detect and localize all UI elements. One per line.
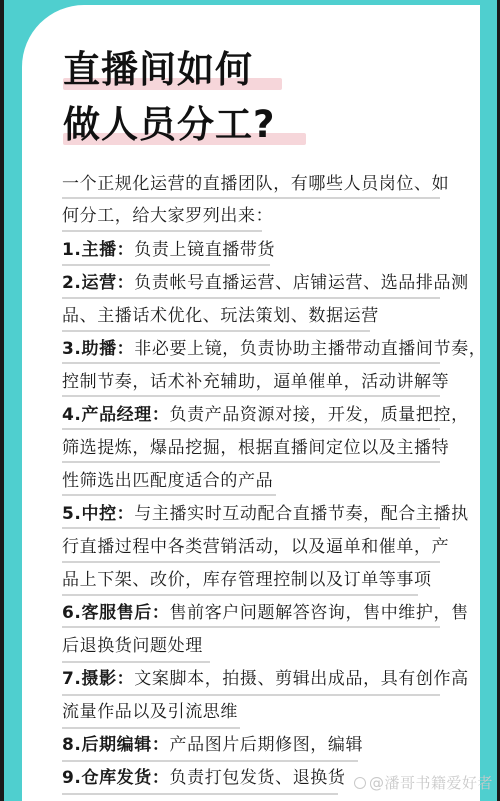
- line-rule: [62, 760, 358, 762]
- role-heading: 8.后期编辑：: [62, 735, 170, 755]
- line-rule: [62, 694, 440, 696]
- role-desc-continued: 筛选提炼，爆品挖掘，根据直播间定位以及主播特: [62, 437, 449, 459]
- role-item-control: 5.中控：与主播实时互动配合直播节奏，配合主播执: [62, 503, 469, 525]
- page-title-line-1: 直播间如何: [63, 48, 253, 92]
- role-heading: 1.主播：: [62, 240, 134, 260]
- line-rule: [62, 362, 440, 364]
- role-heading: 9.仓库发货：: [62, 768, 170, 788]
- line-rule: [62, 661, 210, 663]
- role-item-host: 1.主播：负责上镜直播带货: [62, 239, 275, 261]
- role-desc: 文案脚本，拍摄、剪辑出成品，具有创作高: [134, 669, 468, 689]
- role-desc-continued: 行直播过程中各类营销活动，以及逼单和催单，产: [62, 536, 449, 558]
- role-item-assistant-host: 3.助播：非必要上镜，负责协助主播带动直播间节奏，: [62, 338, 486, 360]
- line-rule: [62, 527, 440, 529]
- intro-line-2: 何分工，给大家罗列出来：: [62, 205, 273, 227]
- role-desc-continued: 品上下架、改价，库存管理控制以及订单等事项: [62, 569, 432, 591]
- role-desc: 负责产品资源对接，开发，质量把控，: [170, 405, 469, 425]
- line-rule: [62, 428, 440, 430]
- role-desc-continued: 后退换货问题处理: [62, 635, 203, 657]
- role-desc: 非必要上镜，负责协助主播带动直播间节奏，: [134, 339, 486, 359]
- line-rule: [62, 264, 270, 266]
- watermark-text: @潘哥书籍爱好者: [369, 774, 493, 792]
- role-desc: 产品图片后期修图，编辑: [170, 735, 364, 755]
- role-desc: 负责打包发货、退换货: [170, 768, 346, 788]
- line-rule: [62, 197, 440, 199]
- intro-line-1: 一个正规化运营的直播团队，有哪些人员岗位、如: [62, 173, 449, 195]
- line-rule: [62, 330, 370, 332]
- line-rule: [62, 793, 338, 795]
- line-rule: [62, 230, 262, 232]
- role-item-photography: 7.摄影：文案脚本，拍摄、剪辑出成品，具有创作高: [62, 668, 469, 690]
- role-item-operations: 2.运营：负责帐号直播运营、店铺运营、选品排品测: [62, 272, 469, 294]
- line-rule: [62, 494, 276, 496]
- role-desc: 负责帐号直播运营、店铺运营、选品排品测: [134, 273, 468, 293]
- role-item-post-editing: 8.后期编辑：产品图片后期修图，编辑: [62, 734, 363, 756]
- line-rule: [62, 727, 240, 729]
- line-rule: [62, 297, 440, 299]
- line-rule: [62, 561, 440, 563]
- role-heading: 6.客服售后：: [62, 603, 170, 623]
- line-rule: [62, 461, 440, 463]
- role-heading: 4.产品经理：: [62, 405, 170, 425]
- role-heading: 5.中控：: [62, 504, 134, 524]
- line-rule: [62, 626, 440, 628]
- watermark: @潘哥书籍爱好者: [354, 772, 493, 793]
- role-heading: 7.摄影：: [62, 669, 134, 689]
- role-item-product-manager: 4.产品经理：负责产品资源对接，开发，质量把控，: [62, 404, 469, 426]
- role-desc: 负责上镜直播带货: [134, 240, 275, 260]
- role-item-warehouse: 9.仓库发货：负责打包发货、退换货: [62, 767, 346, 789]
- role-desc-continued: 控制节奏，话术补充辅助，逼单催单，活动讲解等: [62, 371, 449, 393]
- watermark-logo-icon: [354, 777, 366, 789]
- role-desc-continued: 品、主播话术优化、玩法策划、数据运营: [62, 305, 379, 327]
- line-rule: [62, 395, 440, 397]
- role-desc: 与主播实时互动配合直播节奏，配合主播执: [134, 504, 468, 524]
- role-desc-continued: 性筛选出匹配度适合的产品: [62, 470, 273, 492]
- role-heading: 2.运营：: [62, 273, 134, 293]
- line-rule: [62, 594, 418, 596]
- role-desc-continued: 流量作品以及引流思维: [62, 701, 238, 723]
- page-title-line-2: 做人员分工?: [63, 103, 275, 147]
- role-heading: 3.助播：: [62, 339, 134, 359]
- role-desc: 售前客户问题解答咨询，售中维护，售: [170, 603, 469, 623]
- role-item-customer-service: 6.客服售后：售前客户问题解答咨询，售中维护，售: [62, 602, 469, 624]
